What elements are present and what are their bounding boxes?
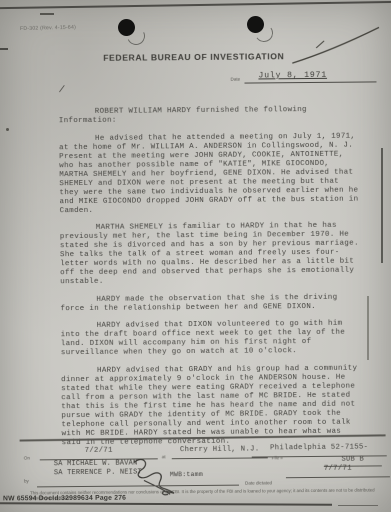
date-dictated-value: 7/7/71 <box>286 464 390 478</box>
date-dictated-label: Date dictated <box>245 480 272 485</box>
by-signature-line <box>37 474 239 488</box>
by-label: by <box>24 478 29 483</box>
signature-mark <box>0 0 391 512</box>
scanned-fbi-document: FD-302 (Rev. 4-15-64) FEDERAL BUREAU OF … <box>0 0 391 512</box>
archive-stamp: NW 65594 DocId:32989634 Page 276 <box>3 495 126 503</box>
